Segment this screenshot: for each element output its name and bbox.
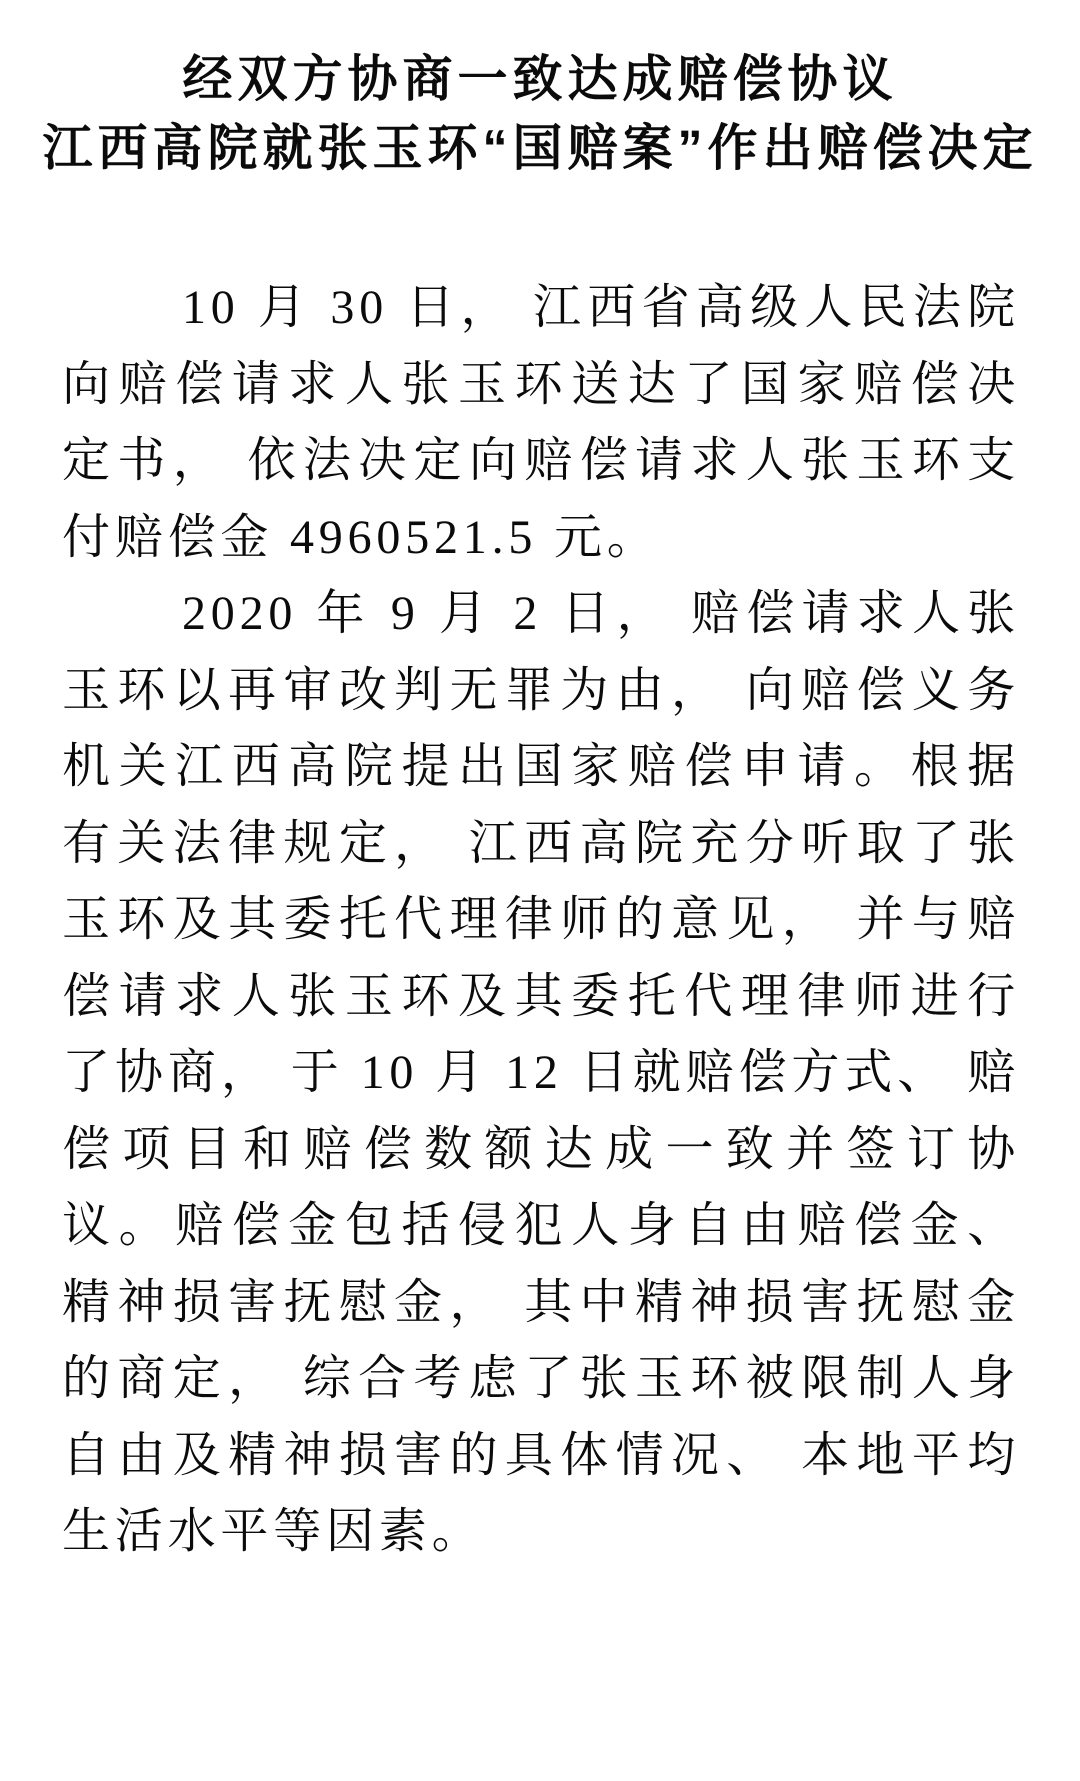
body-line: 定书， 依法决定向赔偿请求人张玉环支 [62, 423, 1020, 500]
body-line: 10 月 30 日， 江西省高级人民法院 [62, 270, 1020, 347]
paragraph-2: 2020 年 9 月 2 日， 赔偿请求人张 玉环以再审改判无罪为由， 向赔偿义… [62, 576, 1020, 1571]
title-line-2: 江西高院就张玉环“国赔案”作出赔偿决定 [0, 114, 1080, 183]
body-line: 自由及精神损害的具体情况、 本地平均 [62, 1418, 1020, 1495]
body-line: 机关江西高院提出国家赔偿申请。根据 [62, 729, 1020, 806]
document-body: 10 月 30 日， 江西省高级人民法院 向赔偿请求人张玉环送达了国家赔偿决 定… [62, 270, 1020, 1571]
body-line: 向赔偿请求人张玉环送达了国家赔偿决 [62, 347, 1020, 424]
body-line: 偿项目和赔偿数额达成一致并签订协 [62, 1112, 1020, 1189]
body-line: 2020 年 9 月 2 日， 赔偿请求人张 [62, 576, 1020, 653]
document-title: 经双方协商一致达成赔偿协议 江西高院就张玉环“国赔案”作出赔偿决定 [0, 0, 1080, 183]
body-line: 有关法律规定， 江西高院充分听取了张 [62, 806, 1020, 883]
body-line: 付赔偿金 4960521.5 元。 [62, 500, 1020, 577]
body-line: 生活水平等因素。 [62, 1494, 1020, 1571]
body-line: 玉环及其委托代理律师的意见， 并与赔 [62, 882, 1020, 959]
title-line-1: 经双方协商一致达成赔偿协议 [0, 45, 1080, 114]
paragraph-1: 10 月 30 日， 江西省高级人民法院 向赔偿请求人张玉环送达了国家赔偿决 定… [62, 270, 1020, 576]
body-line: 议。赔偿金包括侵犯人身自由赔偿金、 [62, 1188, 1020, 1265]
body-line: 的商定， 综合考虑了张玉环被限制人身 [62, 1341, 1020, 1418]
body-line: 了协商， 于 10 月 12 日就赔偿方式、 赔 [62, 1035, 1020, 1112]
document-page: 经双方协商一致达成赔偿协议 江西高院就张玉环“国赔案”作出赔偿决定 10 月 3… [0, 0, 1080, 1781]
body-line: 偿请求人张玉环及其委托代理律师进行 [62, 959, 1020, 1036]
body-line: 精神损害抚慰金， 其中精神损害抚慰金 [62, 1265, 1020, 1342]
body-line: 玉环以再审改判无罪为由， 向赔偿义务 [62, 653, 1020, 730]
